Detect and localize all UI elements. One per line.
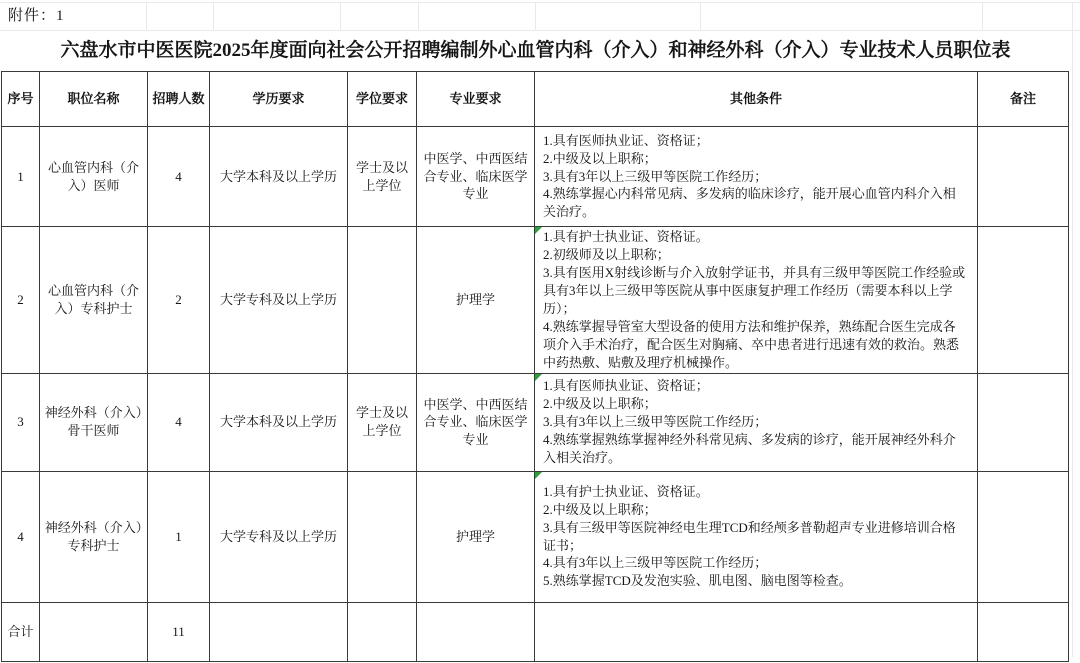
- cell-remark: [978, 127, 1069, 227]
- cell-position-name: 神经外科（介入）专科护士: [40, 471, 148, 602]
- header-remark: 备注: [978, 72, 1069, 127]
- cell-position-name: 心血管内科（介入）医师: [40, 127, 148, 227]
- cell-recruit-count: 1: [148, 471, 210, 602]
- grid-line: [700, 2, 701, 30]
- total-other-empty: [535, 602, 978, 661]
- cell-remark: [978, 373, 1069, 471]
- cell-major: 中医学、中西医结合专业、临床医学专业: [417, 127, 535, 227]
- cell-seq: 2: [2, 227, 40, 374]
- table-row: 3 神经外科（介入）骨干医师 4 大学本科及以上学历 学士及以上学位 中医学、中…: [2, 373, 1069, 471]
- cell-position-name: 神经外科（介入）骨干医师: [40, 373, 148, 471]
- cell-other-conditions: 1.具有护士执业证、资格证。 2.初级师及以上职称； 3.具有医用X射线诊断与介…: [535, 227, 978, 374]
- total-position-empty: [40, 602, 148, 661]
- table-header-row: 序号 职位名称 招聘人数 学历要求 学位要求 专业要求 其他条件 备注: [2, 72, 1069, 127]
- cell-education: 大学专科及以上学历: [210, 227, 348, 374]
- cell-recruit-count: 2: [148, 227, 210, 374]
- cell-remark: [978, 471, 1069, 602]
- total-major-empty: [417, 602, 535, 661]
- cell-major: 中医学、中西医结合专业、临床医学专业: [417, 373, 535, 471]
- cell-education: 大学专科及以上学历: [210, 471, 348, 602]
- cell-seq: 3: [2, 373, 40, 471]
- total-label: 合计: [2, 602, 40, 661]
- header-position-name: 职位名称: [40, 72, 148, 127]
- cell-major: 护理学: [417, 227, 535, 374]
- other-conditions-text: 1.具有医师执业证、资格证； 2.中级及以上职称； 3.具有3年以上三级甲等医院…: [538, 377, 974, 467]
- other-conditions-text: 1.具有护士执业证、资格证。 2.初级师及以上职称； 3.具有医用X射线诊断与介…: [538, 228, 974, 372]
- job-position-table: 序号 职位名称 招聘人数 学历要求 学位要求 专业要求 其他条件 备注 1 心血…: [1, 71, 1069, 662]
- header-recruit-count: 招聘人数: [148, 72, 210, 127]
- cell-corner-marker-icon: [535, 374, 542, 381]
- header-education-requirement: 学历要求: [210, 72, 348, 127]
- cell-other-conditions: 1.具有护士执业证、资格证。 2.中级及以上职称； 3.具有三级甲等医院神经电生…: [535, 471, 978, 602]
- table-row: 2 心血管内科（介入）专科护士 2 大学专科及以上学历 护理学 1.具有护士执业…: [2, 227, 1069, 374]
- grid-line: [535, 2, 536, 30]
- grid-line: [982, 2, 983, 30]
- total-recruit-count: 11: [148, 602, 210, 661]
- cell-education: 大学本科及以上学历: [210, 127, 348, 227]
- cell-degree: 学士及以上学位: [348, 127, 417, 227]
- cell-seq: 4: [2, 471, 40, 602]
- table-row: 4 神经外科（介入）专科护士 1 大学专科及以上学历 护理学 1.具有护士执业证…: [2, 471, 1069, 602]
- other-conditions-text: 1.具有医师执业证、资格证； 2.中级及以上职称； 3.具有3年以上三级甲等医院…: [538, 132, 974, 222]
- table-row: 1 心血管内科（介入）医师 4 大学本科及以上学历 学士及以上学位 中医学、中西…: [2, 127, 1069, 227]
- cell-seq: 1: [2, 127, 40, 227]
- other-conditions-text: 1.具有护士执业证、资格证。 2.中级及以上职称； 3.具有三级甲等医院神经电生…: [538, 483, 974, 591]
- cell-corner-marker-icon: [535, 227, 542, 234]
- cell-other-conditions: 1.具有医师执业证、资格证； 2.中级及以上职称； 3.具有3年以上三级甲等医院…: [535, 127, 978, 227]
- cell-position-name: 心血管内科（介入）专科护士: [40, 227, 148, 374]
- table-total-row: 合计 11: [2, 602, 1069, 661]
- cell-other-conditions: 1.具有医师执业证、资格证； 2.中级及以上职称； 3.具有3年以上三级甲等医院…: [535, 373, 978, 471]
- header-major-requirement: 专业要求: [417, 72, 535, 127]
- cell-degree: 学士及以上学位: [348, 373, 417, 471]
- total-degree-empty: [348, 602, 417, 661]
- cell-recruit-count: 4: [148, 127, 210, 227]
- header-other-conditions: 其他条件: [535, 72, 978, 127]
- cell-education: 大学本科及以上学历: [210, 373, 348, 471]
- grid-line: [418, 2, 419, 30]
- cell-degree: [348, 227, 417, 374]
- total-remark-empty: [978, 602, 1069, 661]
- grid-line: [1072, 2, 1073, 657]
- cell-degree: [348, 471, 417, 602]
- header-seq: 序号: [2, 72, 40, 127]
- grid-line: [146, 2, 147, 30]
- grid-line: [0, 2, 1080, 3]
- cell-major: 护理学: [417, 471, 535, 602]
- grid-line: [340, 2, 341, 30]
- grid-line: [213, 2, 214, 30]
- header-degree-requirement: 学位要求: [348, 72, 417, 127]
- cell-corner-marker-icon: [535, 472, 542, 479]
- page-title: 六盘水市中医医院2025年度面向社会公开招聘编制外心血管内科（介入）和神经外科（…: [2, 33, 1069, 69]
- cell-recruit-count: 4: [148, 373, 210, 471]
- attachment-label: 附件：1: [8, 4, 65, 25]
- grid-line: [0, 30, 1080, 31]
- total-education-empty: [210, 602, 348, 661]
- cell-remark: [978, 227, 1069, 374]
